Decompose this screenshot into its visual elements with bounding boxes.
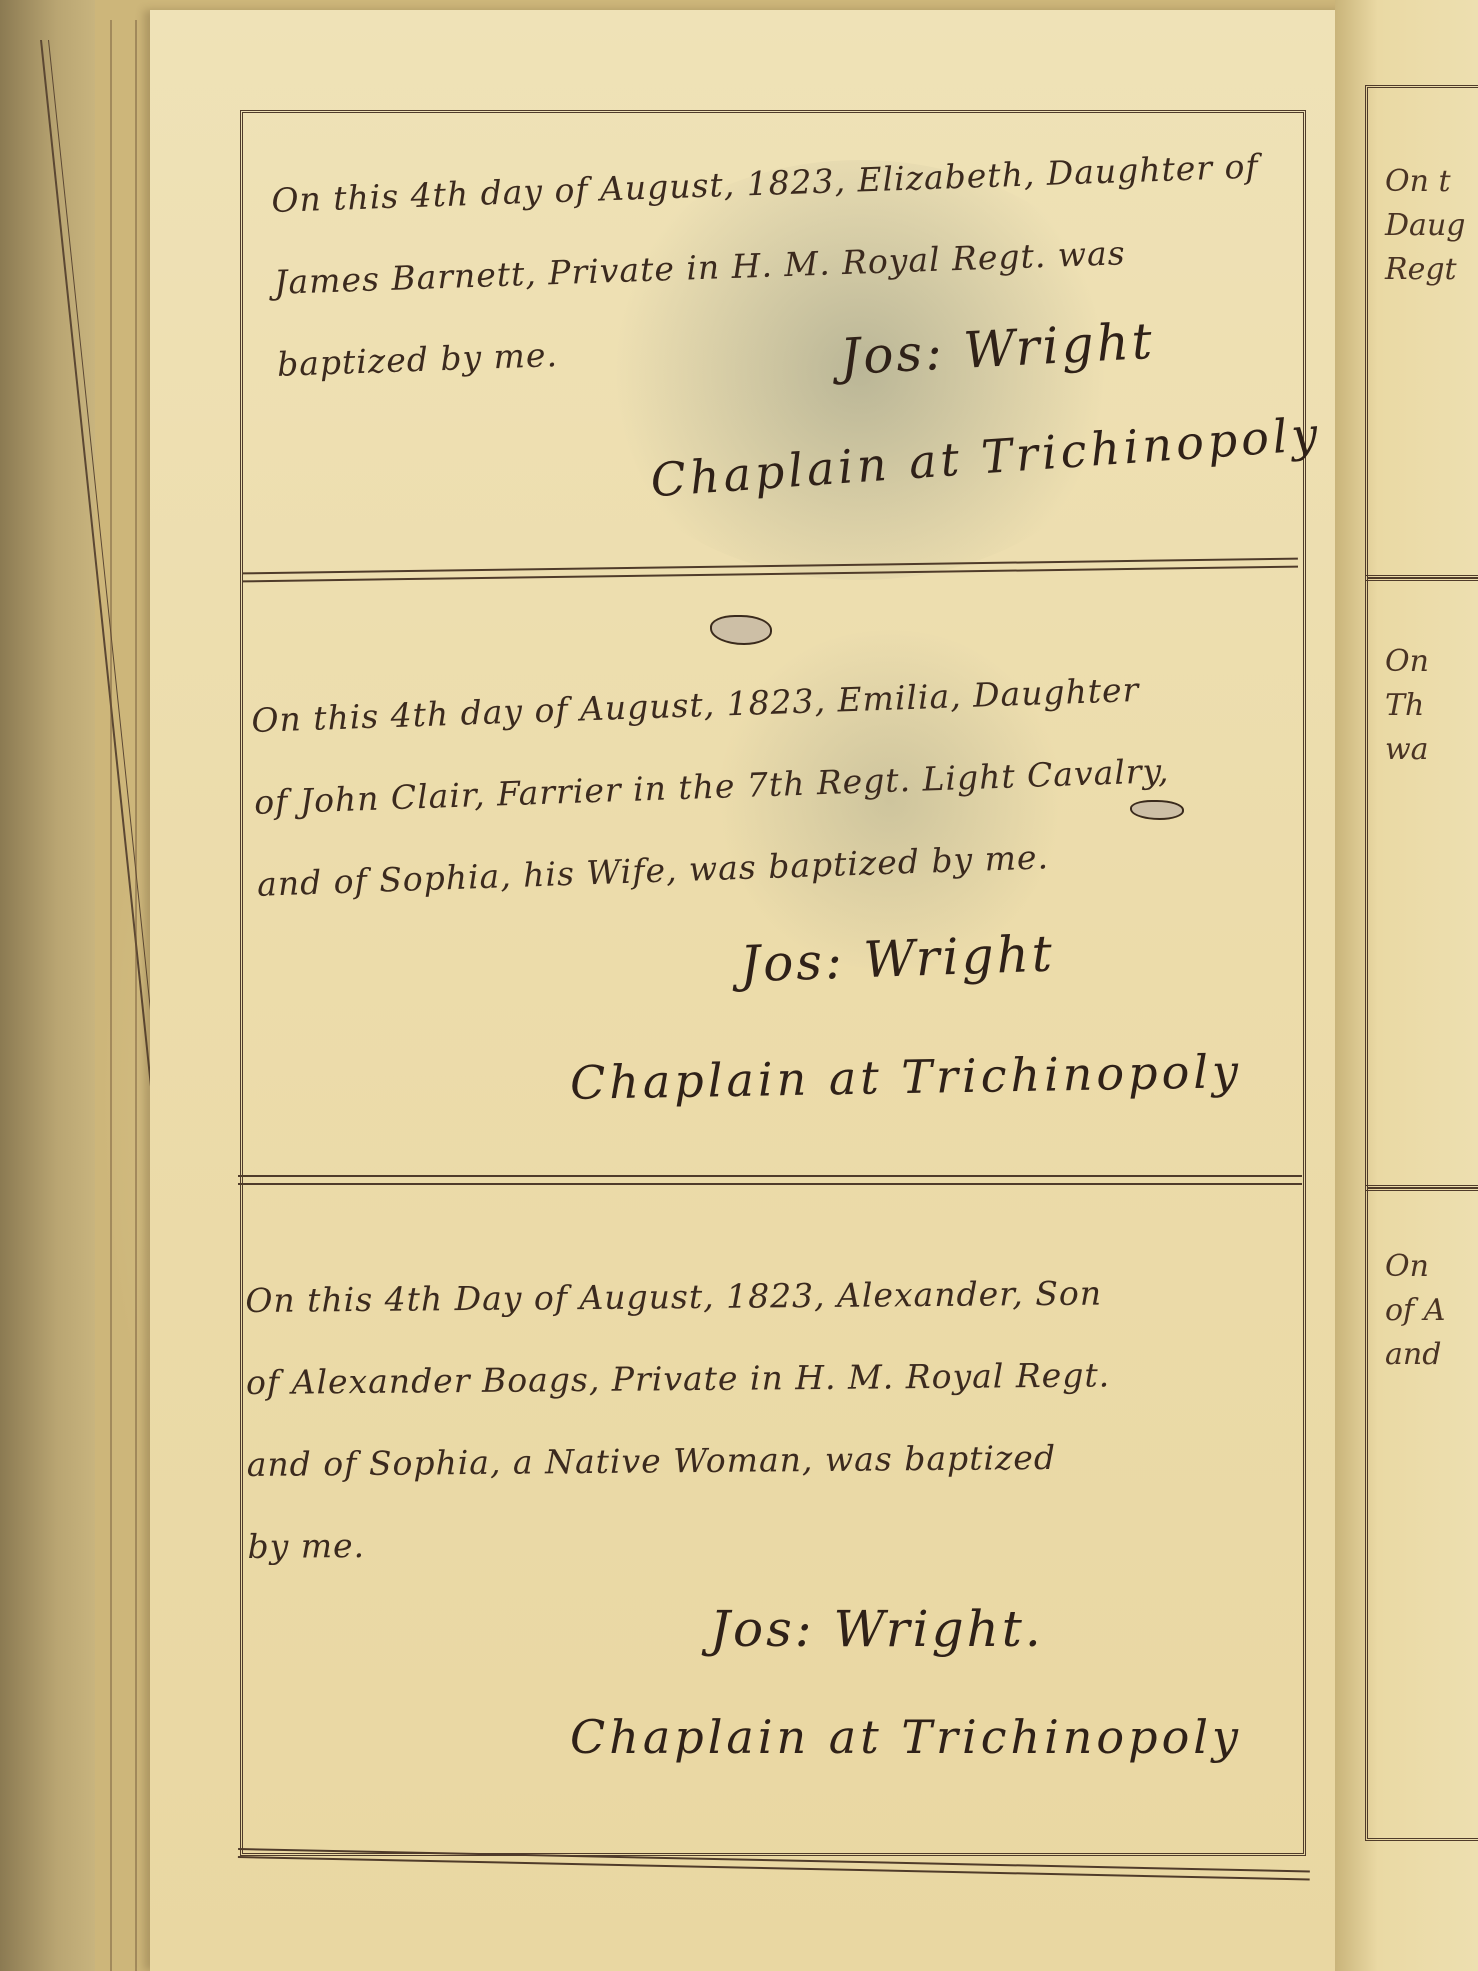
entry-line: and of Sophia, a Native Woman, was bapti… <box>246 1415 1327 1506</box>
entry-text: On this 4th Day of August, 1823, Alexand… <box>245 1251 1328 1588</box>
entry-line: On this 4th Day of August, 1823, Alexand… <box>245 1251 1326 1342</box>
page-edge <box>135 20 137 1971</box>
baptism-entry-2: On this 4th day of August, 1823, Emilia,… <box>150 610 1350 1170</box>
signature: Jos: Wright. <box>710 1600 1044 1658</box>
signature: Jos: Wright <box>739 925 1056 994</box>
baptism-entry-3: On this 4th Day of August, 1823, Alexand… <box>150 1210 1350 1850</box>
entry-text: On this 4th day of August, 1823, Emilia,… <box>250 643 1318 926</box>
adjacent-right-page: On t Daug Regt On Th wa On of A and <box>1335 0 1478 1971</box>
left-page-edge <box>0 0 95 1971</box>
entry-divider <box>238 1175 1302 1185</box>
entry-line: of Alexander Boags, Private in H. M. Roy… <box>246 1333 1327 1424</box>
document-photo: On this 4th day of August, 1823, Elizabe… <box>0 0 1478 1971</box>
paper-hole <box>710 615 772 645</box>
signature-title: Chaplain at Trichinopoly <box>649 407 1323 508</box>
baptism-entry-1: On this 4th day of August, 1823, Elizabe… <box>150 140 1350 560</box>
signature-title: Chaplain at Trichinopoly <box>570 1044 1243 1110</box>
adjacent-entry-fragment: On t Daug Regt <box>1385 160 1465 292</box>
adjacent-entry-fragment: On Th wa <box>1385 640 1429 772</box>
entry-line: by me. <box>247 1497 1328 1588</box>
signature-title: Chaplain at Trichinopoly <box>570 1710 1242 1764</box>
page-edge <box>110 20 112 1971</box>
register-page: On this 4th day of August, 1823, Elizabe… <box>150 10 1350 1971</box>
adjacent-entry-fragment: On of A and <box>1385 1245 1445 1377</box>
